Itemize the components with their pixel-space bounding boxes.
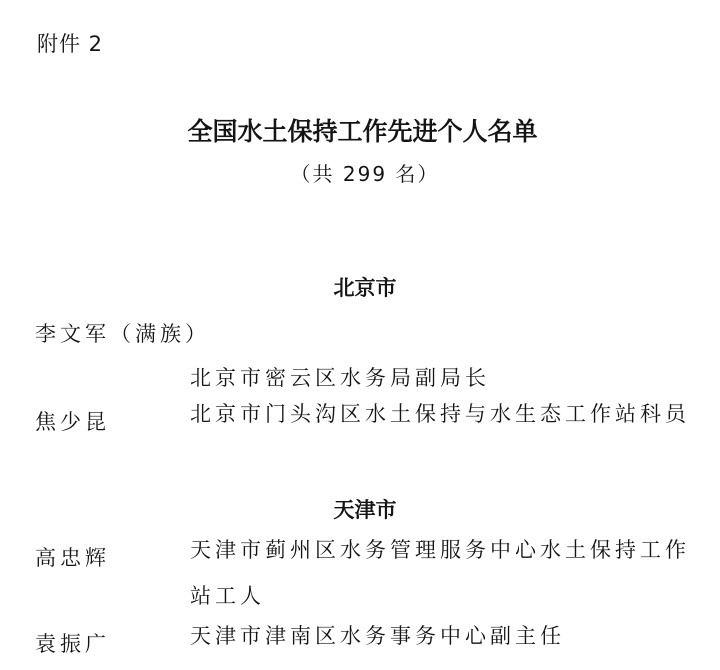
person-position-continued: 站工人 — [190, 580, 265, 610]
person-name: 袁振广 — [35, 628, 110, 658]
attachment-label: 附件 2 — [37, 28, 103, 58]
document-title: 全国水土保持工作先进个人名单 — [0, 112, 720, 148]
region-heading-beijing: 北京市 — [0, 272, 720, 302]
person-name: 李文军（满族） — [35, 318, 210, 348]
document-page: 附件 2 全国水土保持工作先进个人名单 （共 299 名） 北京市 李文军（满族… — [0, 0, 720, 670]
person-name: 焦少昆 — [35, 406, 110, 436]
person-position: 北京市门头沟区水土保持与水生态工作站科员 — [190, 398, 690, 428]
person-position: 天津市蓟州区水务管理服务中心水土保持工作 — [190, 534, 690, 564]
person-position: 北京市密云区水务局副局长 — [190, 362, 490, 392]
person-name: 高忠辉 — [35, 542, 110, 572]
region-heading-tianjin: 天津市 — [0, 494, 720, 524]
document-subtitle: （共 299 名） — [0, 158, 720, 187]
person-position: 天津市津南区水务事务中心副主任 — [190, 620, 565, 650]
